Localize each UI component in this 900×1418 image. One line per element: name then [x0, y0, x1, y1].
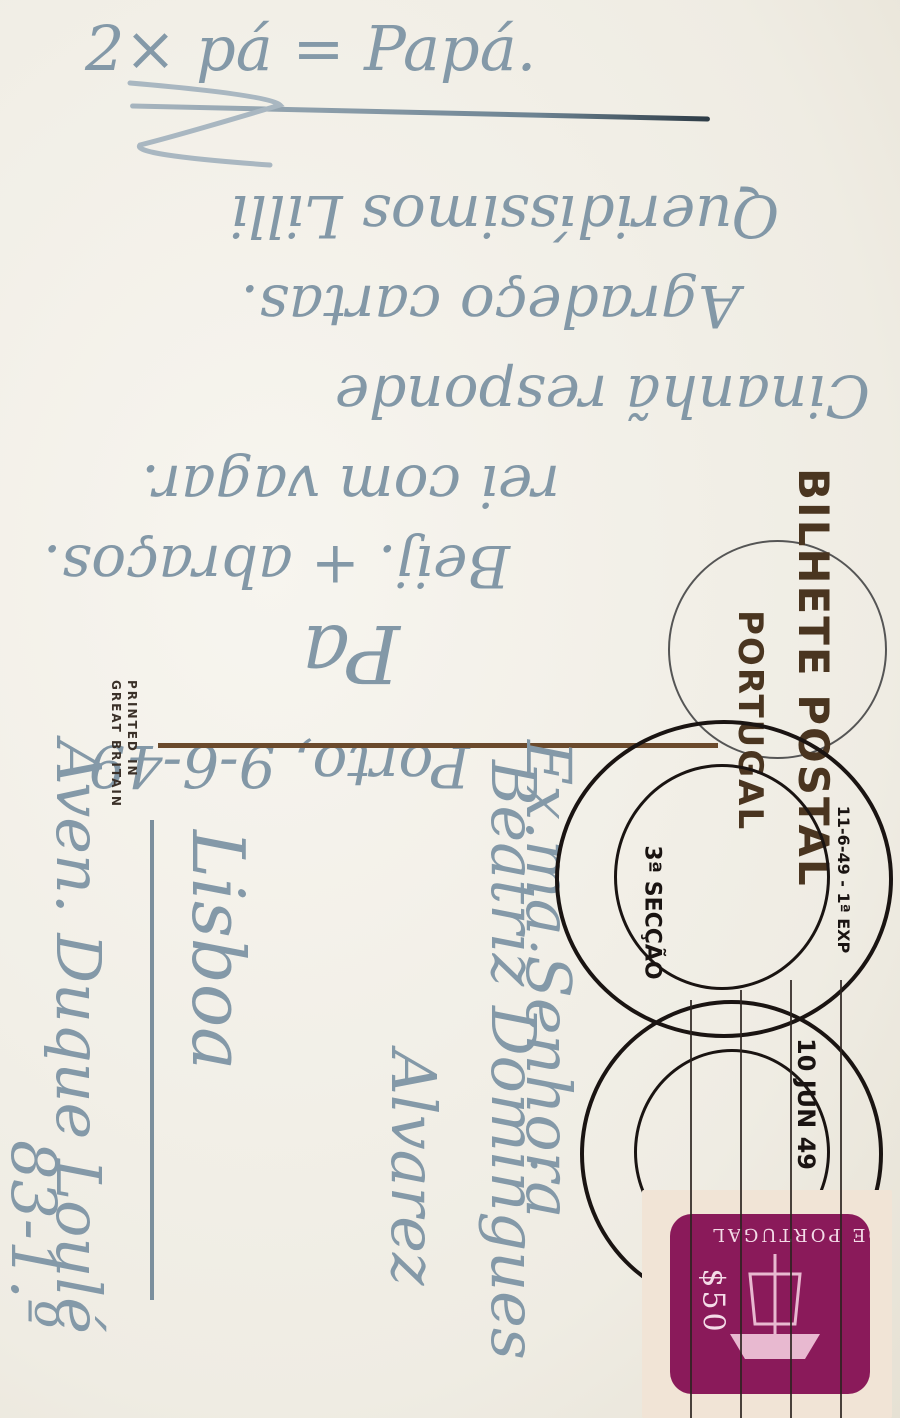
cancel-line — [690, 1000, 692, 1418]
message-line: Agradeço cartas. — [241, 272, 741, 340]
signature: Pa — [302, 607, 400, 700]
address-line: Beatriz Domingues — [477, 760, 550, 1360]
postmark-date: 10 JUN 49 — [792, 1038, 820, 1170]
message-line: rei com vagar. — [141, 452, 560, 520]
message-line: Cinanhã responde — [335, 362, 870, 430]
cancel-line — [790, 980, 792, 1418]
postmark-date: 11-6-49 - 1ª EXP — [834, 806, 853, 953]
postage-stamp: CORREIO DE PORTUGAL $50 — [642, 1190, 892, 1418]
cancel-line — [840, 980, 842, 1418]
postcard-back: 2× pá = Papá. Queridíssimos Lilli Agrade… — [0, 0, 900, 1418]
address-rule — [150, 820, 154, 1300]
message-line: Queridíssimos Lilli — [230, 182, 780, 250]
cancel-line — [740, 990, 742, 1418]
address-line: Alvarez — [377, 1050, 450, 1286]
address-city: Lisboa — [176, 830, 260, 1070]
address-line: 83-1.º — [0, 1140, 70, 1328]
message-line: Beij. + abraços. — [43, 532, 510, 600]
caravel-icon — [720, 1244, 830, 1374]
postmark-subtext: 3ª SECÇÃO — [640, 845, 665, 979]
